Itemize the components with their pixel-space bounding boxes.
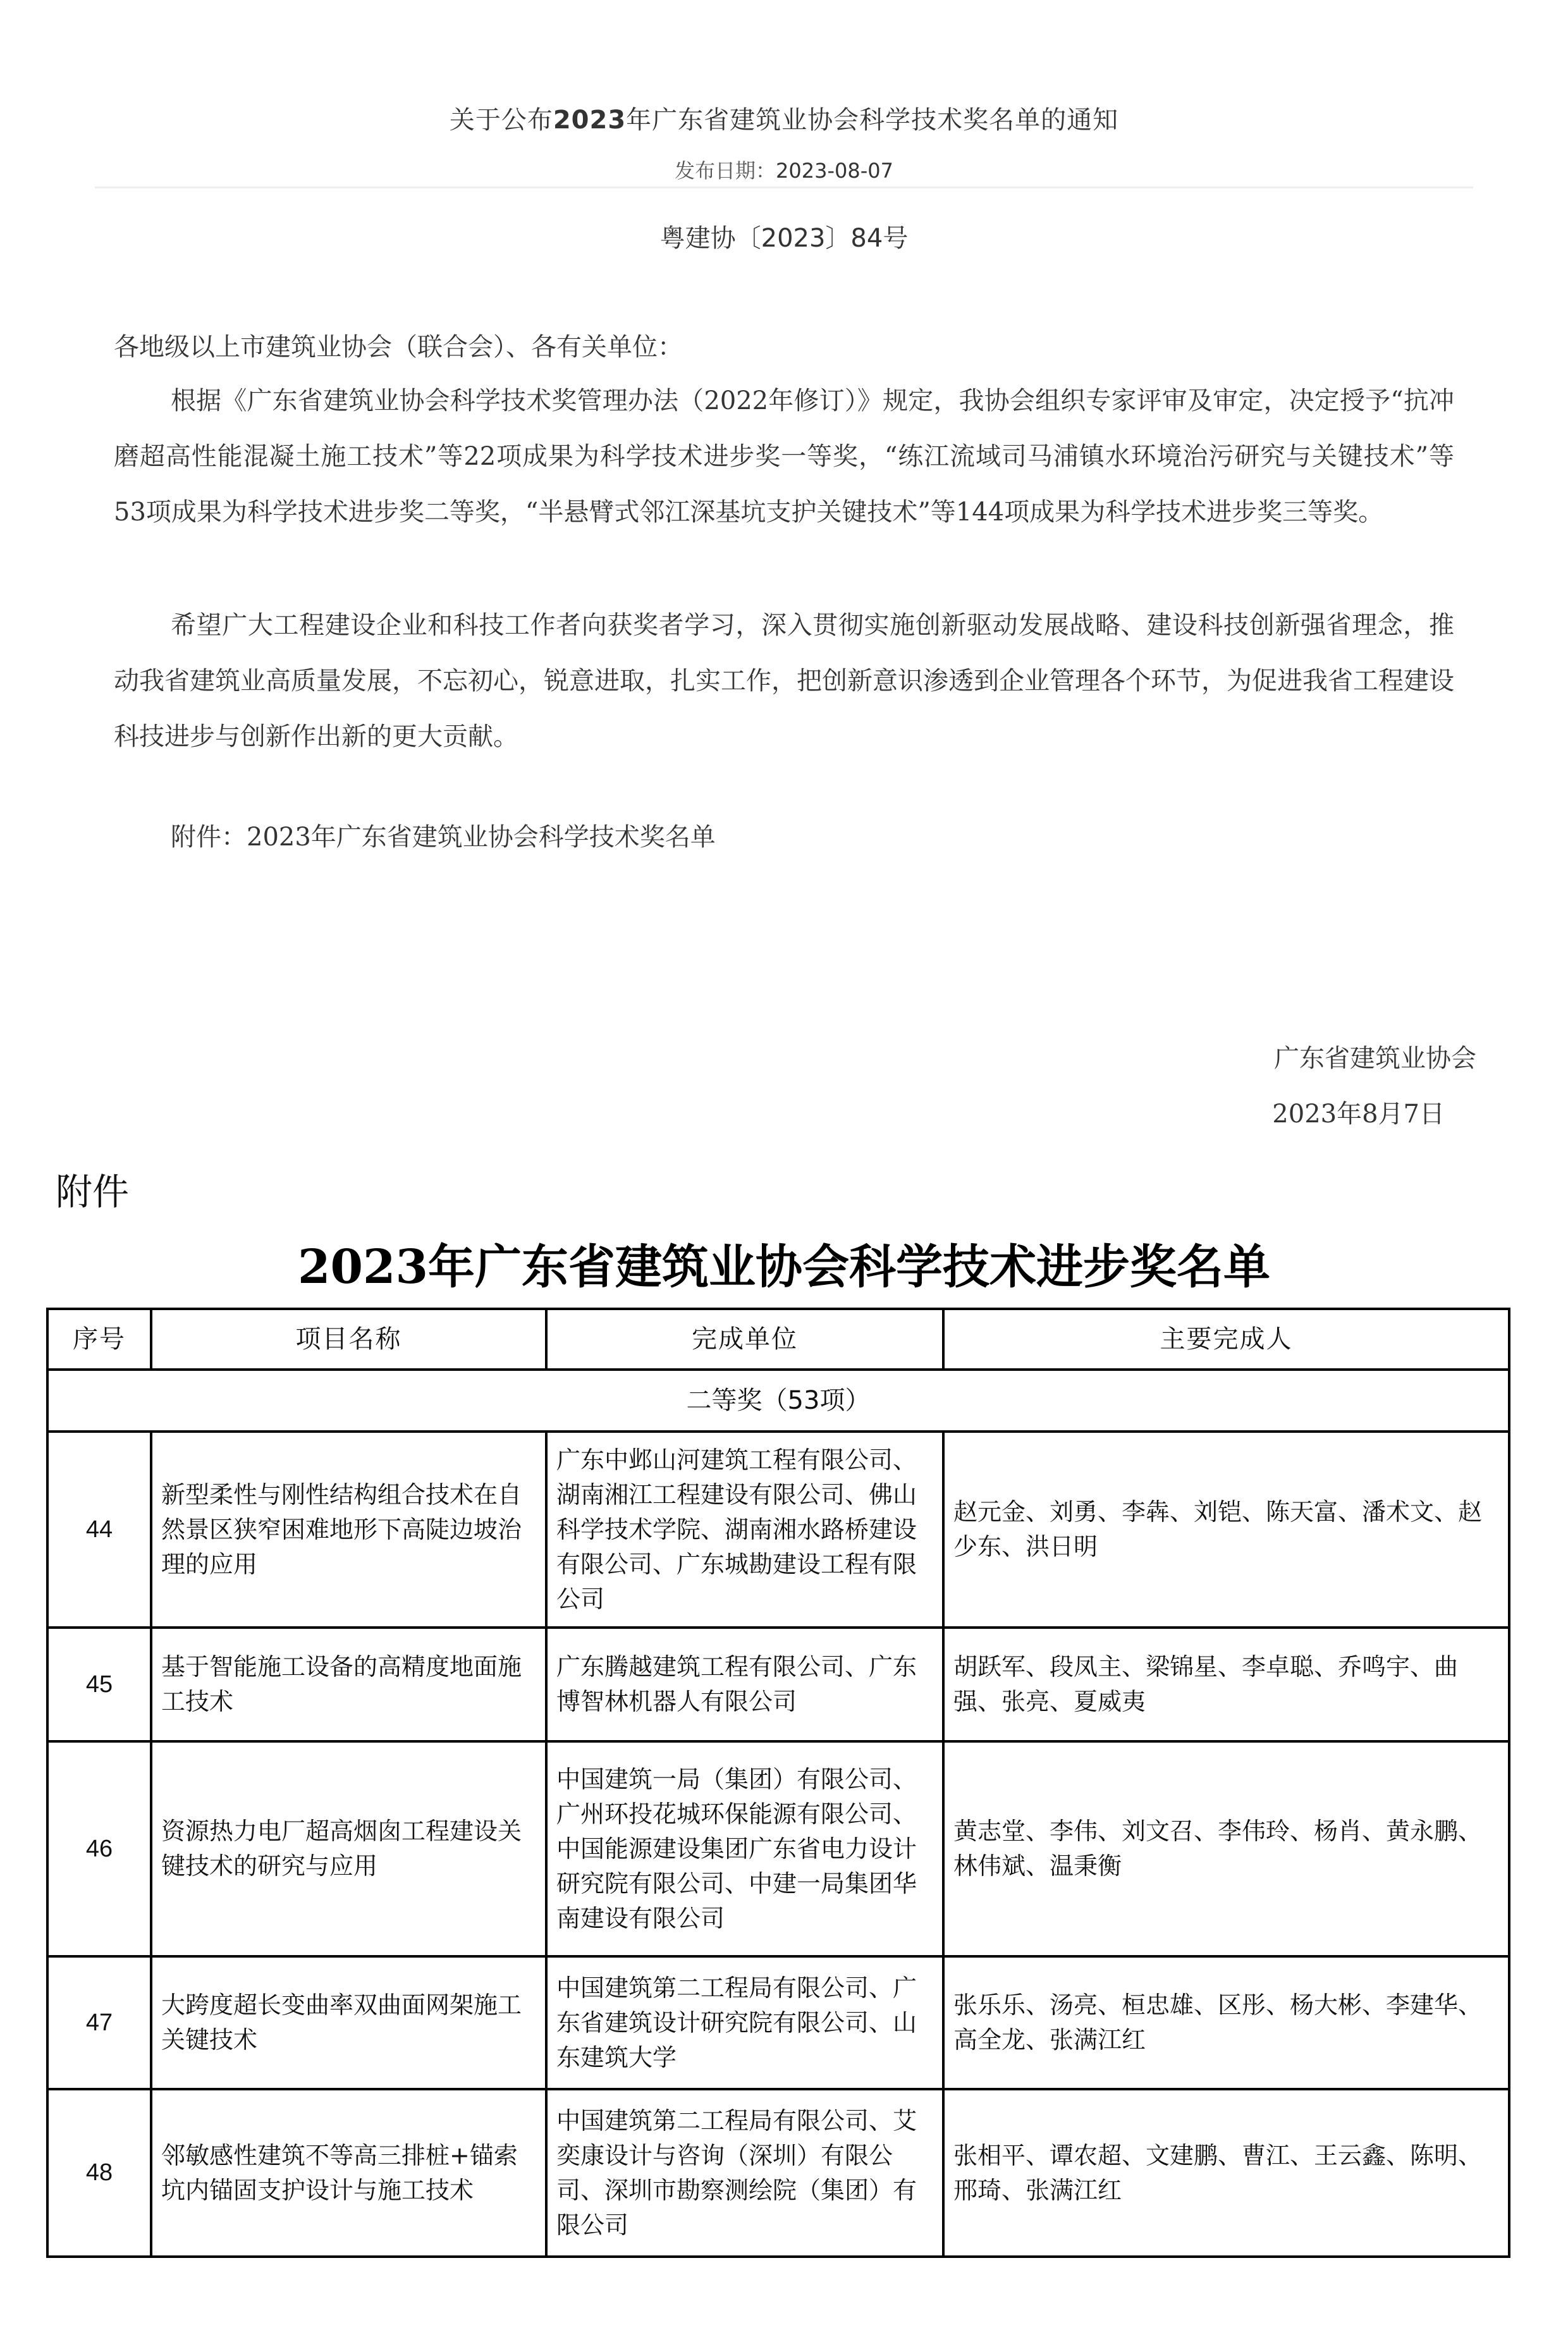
signature-org: 广东省建筑业协会	[1272, 1031, 1476, 1086]
row-number: 45	[47, 1628, 151, 1741]
section-label: 二等奖（53项）	[47, 1370, 1509, 1432]
row-people: 张乐乐、汤亮、桓忠雄、区彤、杨大彬、李建华、高全龙、张满江红	[943, 1956, 1509, 2089]
table-row: 47 大跨度超长变曲率双曲面网架施工关键技术 中国建筑第二工程局有限公司、广东省…	[47, 1956, 1509, 2089]
section-row: 二等奖（53项）	[47, 1370, 1509, 1432]
row-people: 张相平、谭农超、文建鹏、曹江、王云鑫、陈明、邢琦、张满江红	[943, 2089, 1509, 2257]
row-units: 中国建筑一局（集团）有限公司、广州环投花城环保能源有限公司、中国能源建设集团广东…	[546, 1741, 943, 1956]
row-units: 广东腾越建筑工程有限公司、广东博智林机器人有限公司	[546, 1628, 943, 1741]
attachment-note: 附件：2023年广东省建筑业协会科学技术奖名单	[171, 809, 1511, 865]
row-people: 赵元金、刘勇、李犇、刘铠、陈天富、潘术文、赵少东、洪日明	[943, 1432, 1509, 1628]
row-project: 资源热力电厂超高烟囱工程建设关键技术的研究与应用	[151, 1741, 546, 1956]
header-number: 序号	[47, 1309, 151, 1370]
page-title: 关于公布2023年广东省建筑业协会科学技术奖名单的通知	[0, 100, 1568, 136]
publish-date-label: 发布日期：	[675, 159, 776, 183]
row-people: 胡跃军、段凤主、梁锦星、李卓聪、乔鸣宇、曲强、张亮、夏威夷	[943, 1628, 1509, 1741]
row-number: 44	[47, 1432, 151, 1628]
paragraph-hope: 希望广大工程建设企业和科技工作者向获奖者学习，深入贯彻实施创新驱动发展战略、建设…	[114, 598, 1454, 764]
header-project: 项目名称	[151, 1309, 546, 1370]
award-list-title: 2023年广东省建筑业协会科学技术进步奖名单	[0, 1230, 1568, 1297]
table-row: 44 新型柔性与刚性结构组合技术在自然景区狭窄困难地形下高陡边坡治理的应用 广东…	[47, 1432, 1509, 1628]
document-number: 粤建协〔2023〕84号	[0, 218, 1568, 254]
title-prefix: 关于公布	[450, 106, 553, 135]
row-number: 48	[47, 2089, 151, 2257]
row-people: 黄志堂、李伟、刘文召、李伟玲、杨肖、黄永鹏、林伟斌、温秉衡	[943, 1741, 1509, 1956]
signature-date: 2023年8月7日	[1272, 1086, 1445, 1142]
row-project: 新型柔性与刚性结构组合技术在自然景区狭窄困难地形下高陡边坡治理的应用	[151, 1432, 546, 1628]
award-table: 序号 项目名称 完成单位 主要完成人 二等奖（53项） 44 新型柔性与刚性结构…	[46, 1308, 1510, 2258]
title-suffix: 年广东省建筑业协会科学技术奖名单的通知	[626, 106, 1118, 135]
salutation: 各地级以上市建筑业协会（联合会）、各有关单位：	[114, 319, 1454, 375]
row-units: 中国建筑第二工程局有限公司、艾奕康设计与咨询（深圳）有限公司、深圳市勘察测绘院（…	[546, 2089, 943, 2257]
header-people: 主要完成人	[943, 1309, 1509, 1370]
publish-date: 发布日期：2023-08-07	[0, 155, 1568, 184]
attachment-label: 附件	[56, 1162, 129, 1215]
row-project: 大跨度超长变曲率双曲面网架施工关键技术	[151, 1956, 546, 2089]
row-units: 中国建筑第二工程局有限公司、广东省建筑设计研究院有限公司、山东建筑大学	[546, 1956, 943, 2089]
paragraph-decision: 根据《广东省建筑业协会科学技术奖管理办法（2022年修订）》规定，我协会组织专家…	[114, 373, 1454, 540]
publish-date-value: 2023-08-07	[776, 159, 893, 183]
table-header-row: 序号 项目名称 完成单位 主要完成人	[47, 1309, 1509, 1370]
row-project: 邻敏感性建筑不等高三排桩+锚索坑内锚固支护设计与施工技术	[151, 2089, 546, 2257]
title-year: 2023	[553, 106, 626, 135]
header-units: 完成单位	[546, 1309, 943, 1370]
signature-block: 广东省建筑业协会 2023年8月7日	[1272, 1031, 1476, 1142]
row-number: 46	[47, 1741, 151, 1956]
header-divider	[95, 187, 1473, 188]
table-row: 45 基于智能施工设备的高精度地面施工技术 广东腾越建筑工程有限公司、广东博智林…	[47, 1628, 1509, 1741]
table-row: 48 邻敏感性建筑不等高三排桩+锚索坑内锚固支护设计与施工技术 中国建筑第二工程…	[47, 2089, 1509, 2257]
row-project: 基于智能施工设备的高精度地面施工技术	[151, 1628, 546, 1741]
row-units: 广东中邺山河建筑工程有限公司、湖南湘江工程建设有限公司、佛山科学技术学院、湖南湘…	[546, 1432, 943, 1628]
table-row: 46 资源热力电厂超高烟囱工程建设关键技术的研究与应用 中国建筑一局（集团）有限…	[47, 1741, 1509, 1956]
row-number: 47	[47, 1956, 151, 2089]
